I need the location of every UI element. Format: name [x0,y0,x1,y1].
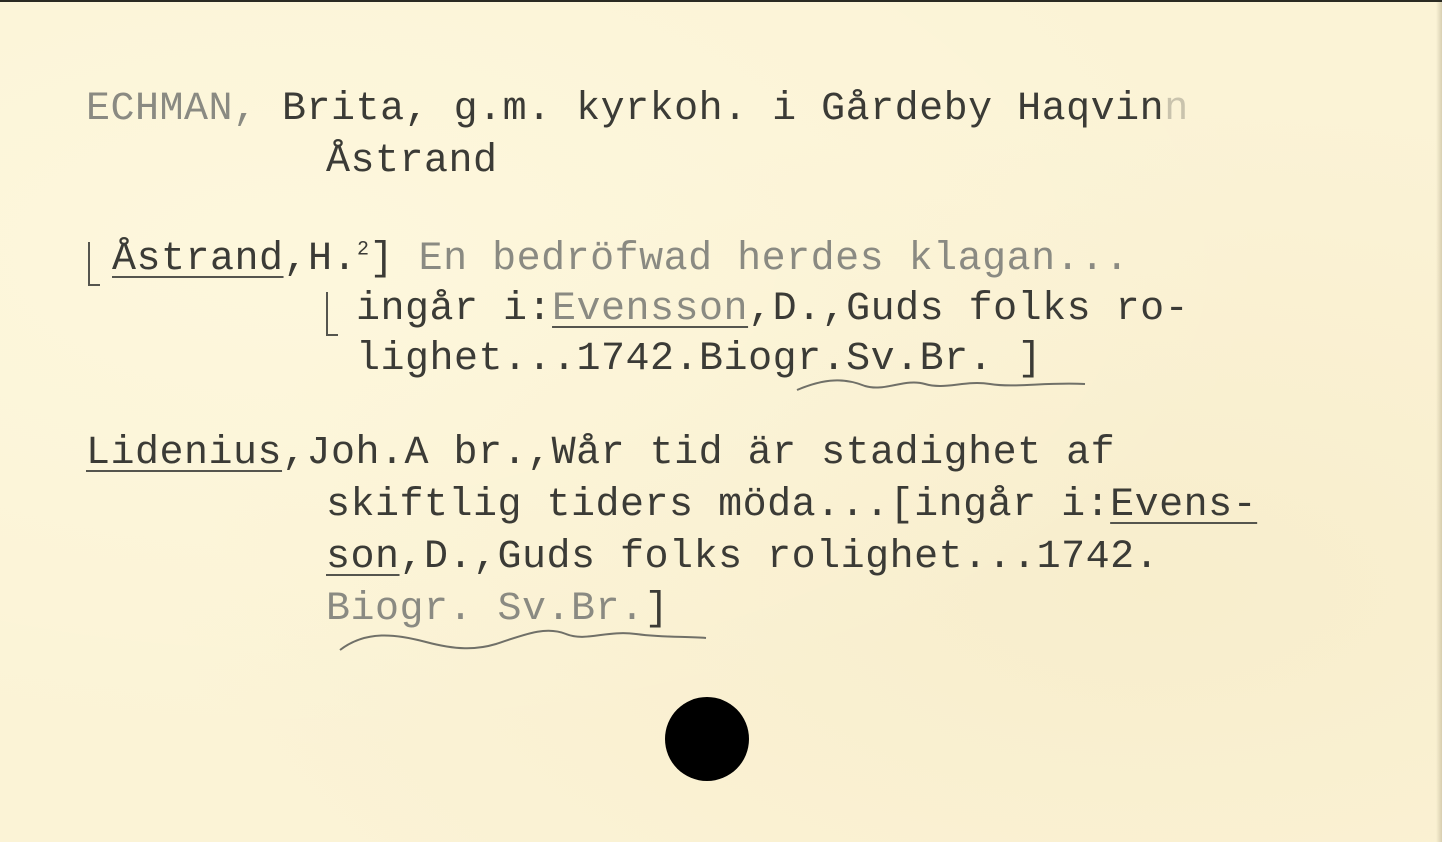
entry2-inner-bracket: [ [890,483,915,528]
heading-line-1: ECHMAN, Brita, g.m. kyrkoh. i Gårdeby Ha… [86,90,1189,130]
entry1-line-2: ingår i:Evensson,D.,Guds folks ro- [356,290,1189,330]
heading-name-description: Brita, g.m. kyrkoh. i Gårdeby Haqvin [282,87,1164,132]
entry1-linked-author: Evensson [552,287,748,332]
entry2-title-cont: skiftlig tiders möda... [326,483,890,528]
heading-line-2: Åstrand [326,142,498,182]
entry2-linked-author-part2: son [326,535,400,580]
entry1-ingar-label: ingår i: [356,287,552,332]
entry1-author: Åstrand [112,237,284,282]
heading-ghost-letter: n [1164,87,1189,132]
entry1-squiggle-mark [795,374,1095,396]
heading-surname: ECHMAN, [86,87,258,132]
entry1-mark: 2 [357,239,370,262]
entry2-ingar-label: ingår i: [914,483,1110,528]
entry2-line-2: skiftlig tiders möda...[ingår i:Evens- [326,486,1257,526]
entry2-source-title: ,D.,Guds folks rolighet...1742. [400,535,1160,580]
entry1-source-title: ,D.,Guds folks ro- [748,287,1189,332]
punch-hole [665,697,749,781]
catalog-card: ECHMAN, Brita, g.m. kyrkoh. i Gårdeby Ha… [0,0,1442,842]
entry1-inner-bracket [326,292,338,336]
entry2-line-1: Lidenius,Joh.A br.,Wår tid är stadighet … [86,434,1115,474]
entry1-author-suffix: ,H. [284,237,358,282]
entry1-open-bracket [88,242,100,286]
entry2-title: ,Joh.A br.,Wår tid är stadighet af [282,431,1115,476]
entry1-line-1: Åstrand,H.2] En bedröfwad herdes klagan.… [112,240,1129,280]
entry2-author: Lidenius [86,431,282,476]
card-edge-shadow [1436,2,1442,842]
entry1-title: En bedröfwad herdes klagan... [394,237,1129,282]
entry2-linked-author-part1: Evens- [1110,483,1257,528]
entry2-squiggle-mark [336,620,716,660]
entry2-line-3: son,D.,Guds folks rolighet...1742. [326,538,1159,578]
